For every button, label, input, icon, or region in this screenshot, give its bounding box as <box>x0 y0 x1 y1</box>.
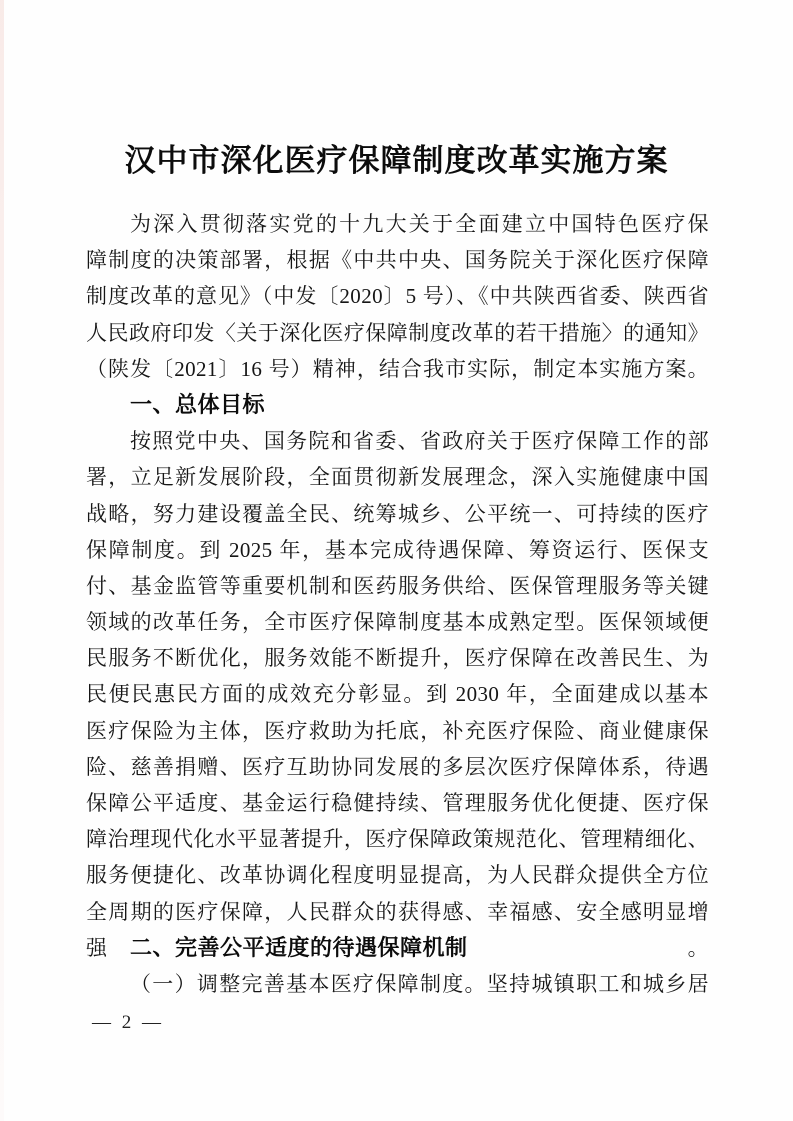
document-page: 汉中市深化医疗保障制度改革实施方案 为深入贯彻落实党的十九大关于全面建立中国特色… <box>0 0 793 1121</box>
body-line: （一）调整完善基本医疗保障制度。坚持城镇职工和城乡居 <box>86 966 709 1002</box>
body-line: 战略，努力建设覆盖全民、统筹城乡、公平统一、可持续的医疗 <box>86 496 709 532</box>
body-line: 民服务不断优化，服务效能不断提升，医疗保障在改善民生、为 <box>86 640 709 676</box>
intro-line: 为深入贯彻落实党的十九大关于全面建立中国特色医疗保 <box>86 206 709 242</box>
body-line: 医疗保险为主体，医疗救助为托底，补充医疗保险、商业健康保 <box>86 713 709 749</box>
document-body: 为深入贯彻落实党的十九大关于全面建立中国特色医疗保 障制度的决策部署，根据《中共… <box>86 206 709 1002</box>
body-line: 险、慈善捐赠、医疗互助协同发展的多层次医疗保障体系，待遇 <box>86 749 709 785</box>
body-line: 障治理现代化水平显著提升，医疗保障政策规范化、管理精细化、 <box>86 821 709 857</box>
body-line: 服务便捷化、改革协调化程度明显提高，为人民群众提供全方位 <box>86 857 709 893</box>
body-line: 领域的改革任务，全市医疗保障制度基本成熟定型。医保领域便 <box>86 604 709 640</box>
body-line: 付、基金监管等重要机制和医药服务供给、医保管理服务等关键 <box>86 568 709 604</box>
body-line: 保障公平适度、基金运行稳健持续、管理服务优化便捷、医疗保 <box>86 785 709 821</box>
intro-line: （陕发〔2021〕16 号）精神，结合我市实际，制定本实施方案。 <box>86 351 709 387</box>
intro-line: 人民政府印发〈关于深化医疗保障制度改革的若干措施〉的通知》 <box>86 315 709 351</box>
document-title: 汉中市深化医疗保障制度改革实施方案 <box>0 135 793 180</box>
section-heading-overall-goals: 一、总体目标 <box>86 387 709 423</box>
body-line: 保障制度。到 2025 年，基本完成待遇保障、筹资运行、医保支 <box>86 532 709 568</box>
body-line: 全周期的医疗保障，人民群众的获得感、幸福感、安全感明显增强。 <box>86 894 709 930</box>
page-number: — 2 — <box>92 1012 164 1034</box>
body-line: 署，立足新发展阶段，全面贯彻新发展理念，深入实施健康中国 <box>86 459 709 495</box>
body-line: 民便民惠民方面的成效充分彰显。到 2030 年，全面建成以基本 <box>86 676 709 712</box>
intro-line: 障制度的决策部署，根据《中共中央、国务院关于深化医疗保障 <box>86 242 709 278</box>
intro-line: 制度改革的意见》（中发〔2020〕5 号）、《中共陕西省委、陕西省 <box>86 278 709 314</box>
body-line: 按照党中央、国务院和省委、省政府关于医疗保障工作的部 <box>86 423 709 459</box>
